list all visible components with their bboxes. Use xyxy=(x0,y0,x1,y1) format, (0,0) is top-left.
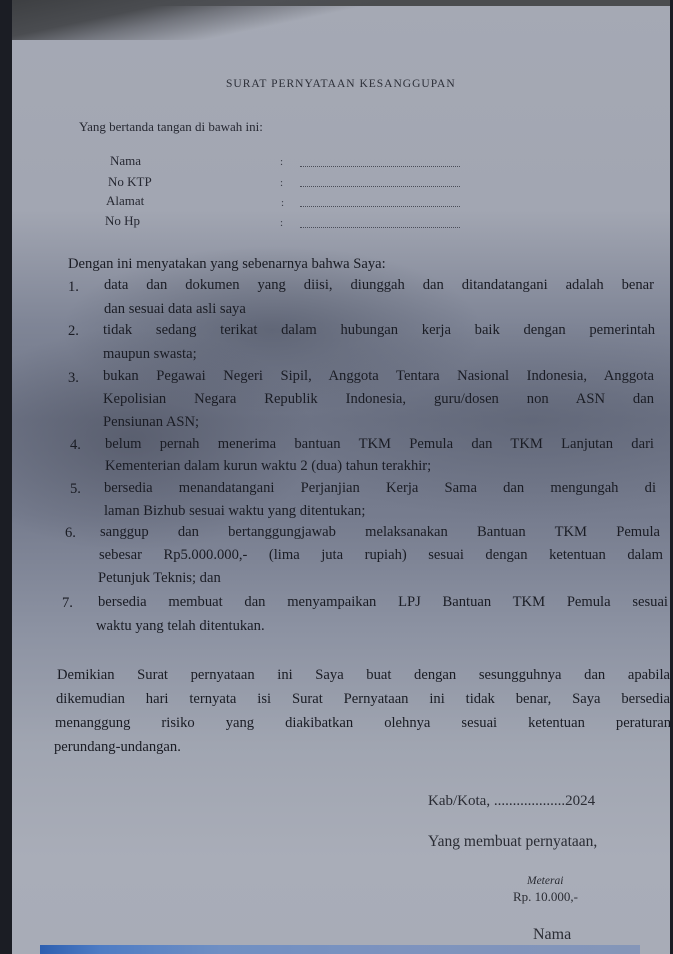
field-label-nama: Nama xyxy=(110,153,141,169)
field-colon: : xyxy=(280,217,283,229)
item-text-line: Pensiunan ASN; xyxy=(103,414,199,431)
item-number: 4. xyxy=(70,437,81,454)
closing-line: perundang-undangan. xyxy=(54,739,181,756)
item-number: 3. xyxy=(68,370,79,387)
item-number: 2. xyxy=(68,323,79,340)
item-text-line: data dan dokumen yang diisi, diunggah da… xyxy=(104,277,654,294)
field-blank-no-ktp[interactable] xyxy=(300,186,460,187)
signer-label: Yang membuat pernyataan, xyxy=(428,833,597,851)
item-number: 7. xyxy=(62,595,73,612)
field-colon: : xyxy=(281,197,284,209)
item-text-line: maupun swasta; xyxy=(103,346,197,363)
item-number: 6. xyxy=(65,525,76,542)
place-date[interactable]: Kab/Kota, ...................2024 xyxy=(428,793,595,810)
field-label-no-hp: No Hp xyxy=(105,213,140,229)
photo-top-edge xyxy=(12,0,670,6)
field-colon: : xyxy=(280,156,283,168)
item-text-line: sebesar Rp5.000.000,- (lima juta rupiah)… xyxy=(99,547,663,564)
item-text-line: dan sesuai data asli saya xyxy=(104,301,246,318)
stamp-value: Rp. 10.000,- xyxy=(513,889,578,905)
photo-bottom-edge xyxy=(40,945,640,954)
item-text-line: tidak sedang terikat dalam hubungan kerj… xyxy=(103,322,655,339)
closing-line: menanggung risiko yang diakibatkan olehn… xyxy=(55,715,671,732)
field-blank-nama[interactable] xyxy=(300,166,460,167)
field-label-no-ktp: No KTP xyxy=(108,174,152,190)
item-text-line: belum pernah menerima bantuan TKM Pemula… xyxy=(105,436,654,453)
field-label-alamat: Alamat xyxy=(106,193,144,209)
statement-intro: Dengan ini menyatakan yang sebenarnya ba… xyxy=(68,256,386,273)
item-number: 5. xyxy=(70,481,81,498)
item-text-line: sanggup dan bertanggungjawab melaksanaka… xyxy=(100,524,660,541)
item-number: 1. xyxy=(68,279,79,296)
signer-name[interactable]: Nama xyxy=(533,926,571,944)
document-paper xyxy=(12,0,670,954)
stamp-label: Meterai xyxy=(527,875,563,887)
field-blank-alamat[interactable] xyxy=(300,206,460,207)
item-text-line: bukan Pegawai Negeri Sipil, Anggota Tent… xyxy=(103,368,654,385)
document-title: SURAT PERNYATAAN KESANGGUPAN xyxy=(226,78,456,90)
item-text-line: waktu yang telah ditentukan. xyxy=(96,618,265,635)
item-text-line: bersedia menandatangani Perjanjian Kerja… xyxy=(104,480,656,497)
closing-line: Demikian Surat pernyataan ini Saya buat … xyxy=(57,667,670,684)
item-text-line: Petunjuk Teknis; dan xyxy=(98,570,221,587)
intro-text: Yang bertanda tangan di bawah ini: xyxy=(79,119,263,135)
item-text-line: laman Bizhub sesuai waktu yang ditentuka… xyxy=(104,503,365,520)
item-text-line: Kepolisian Negara Republik Indonesia, gu… xyxy=(103,391,654,408)
closing-line: dikemudian hari ternyata isi Surat Perny… xyxy=(56,691,670,708)
item-text-line: bersedia membuat dan menyampaikan LPJ Ba… xyxy=(98,594,668,611)
photo-left-border xyxy=(0,0,12,954)
field-colon: : xyxy=(280,177,283,189)
field-blank-no-hp[interactable] xyxy=(300,227,460,228)
item-text-line: Kementerian dalam kurun waktu 2 (dua) ta… xyxy=(105,458,431,475)
